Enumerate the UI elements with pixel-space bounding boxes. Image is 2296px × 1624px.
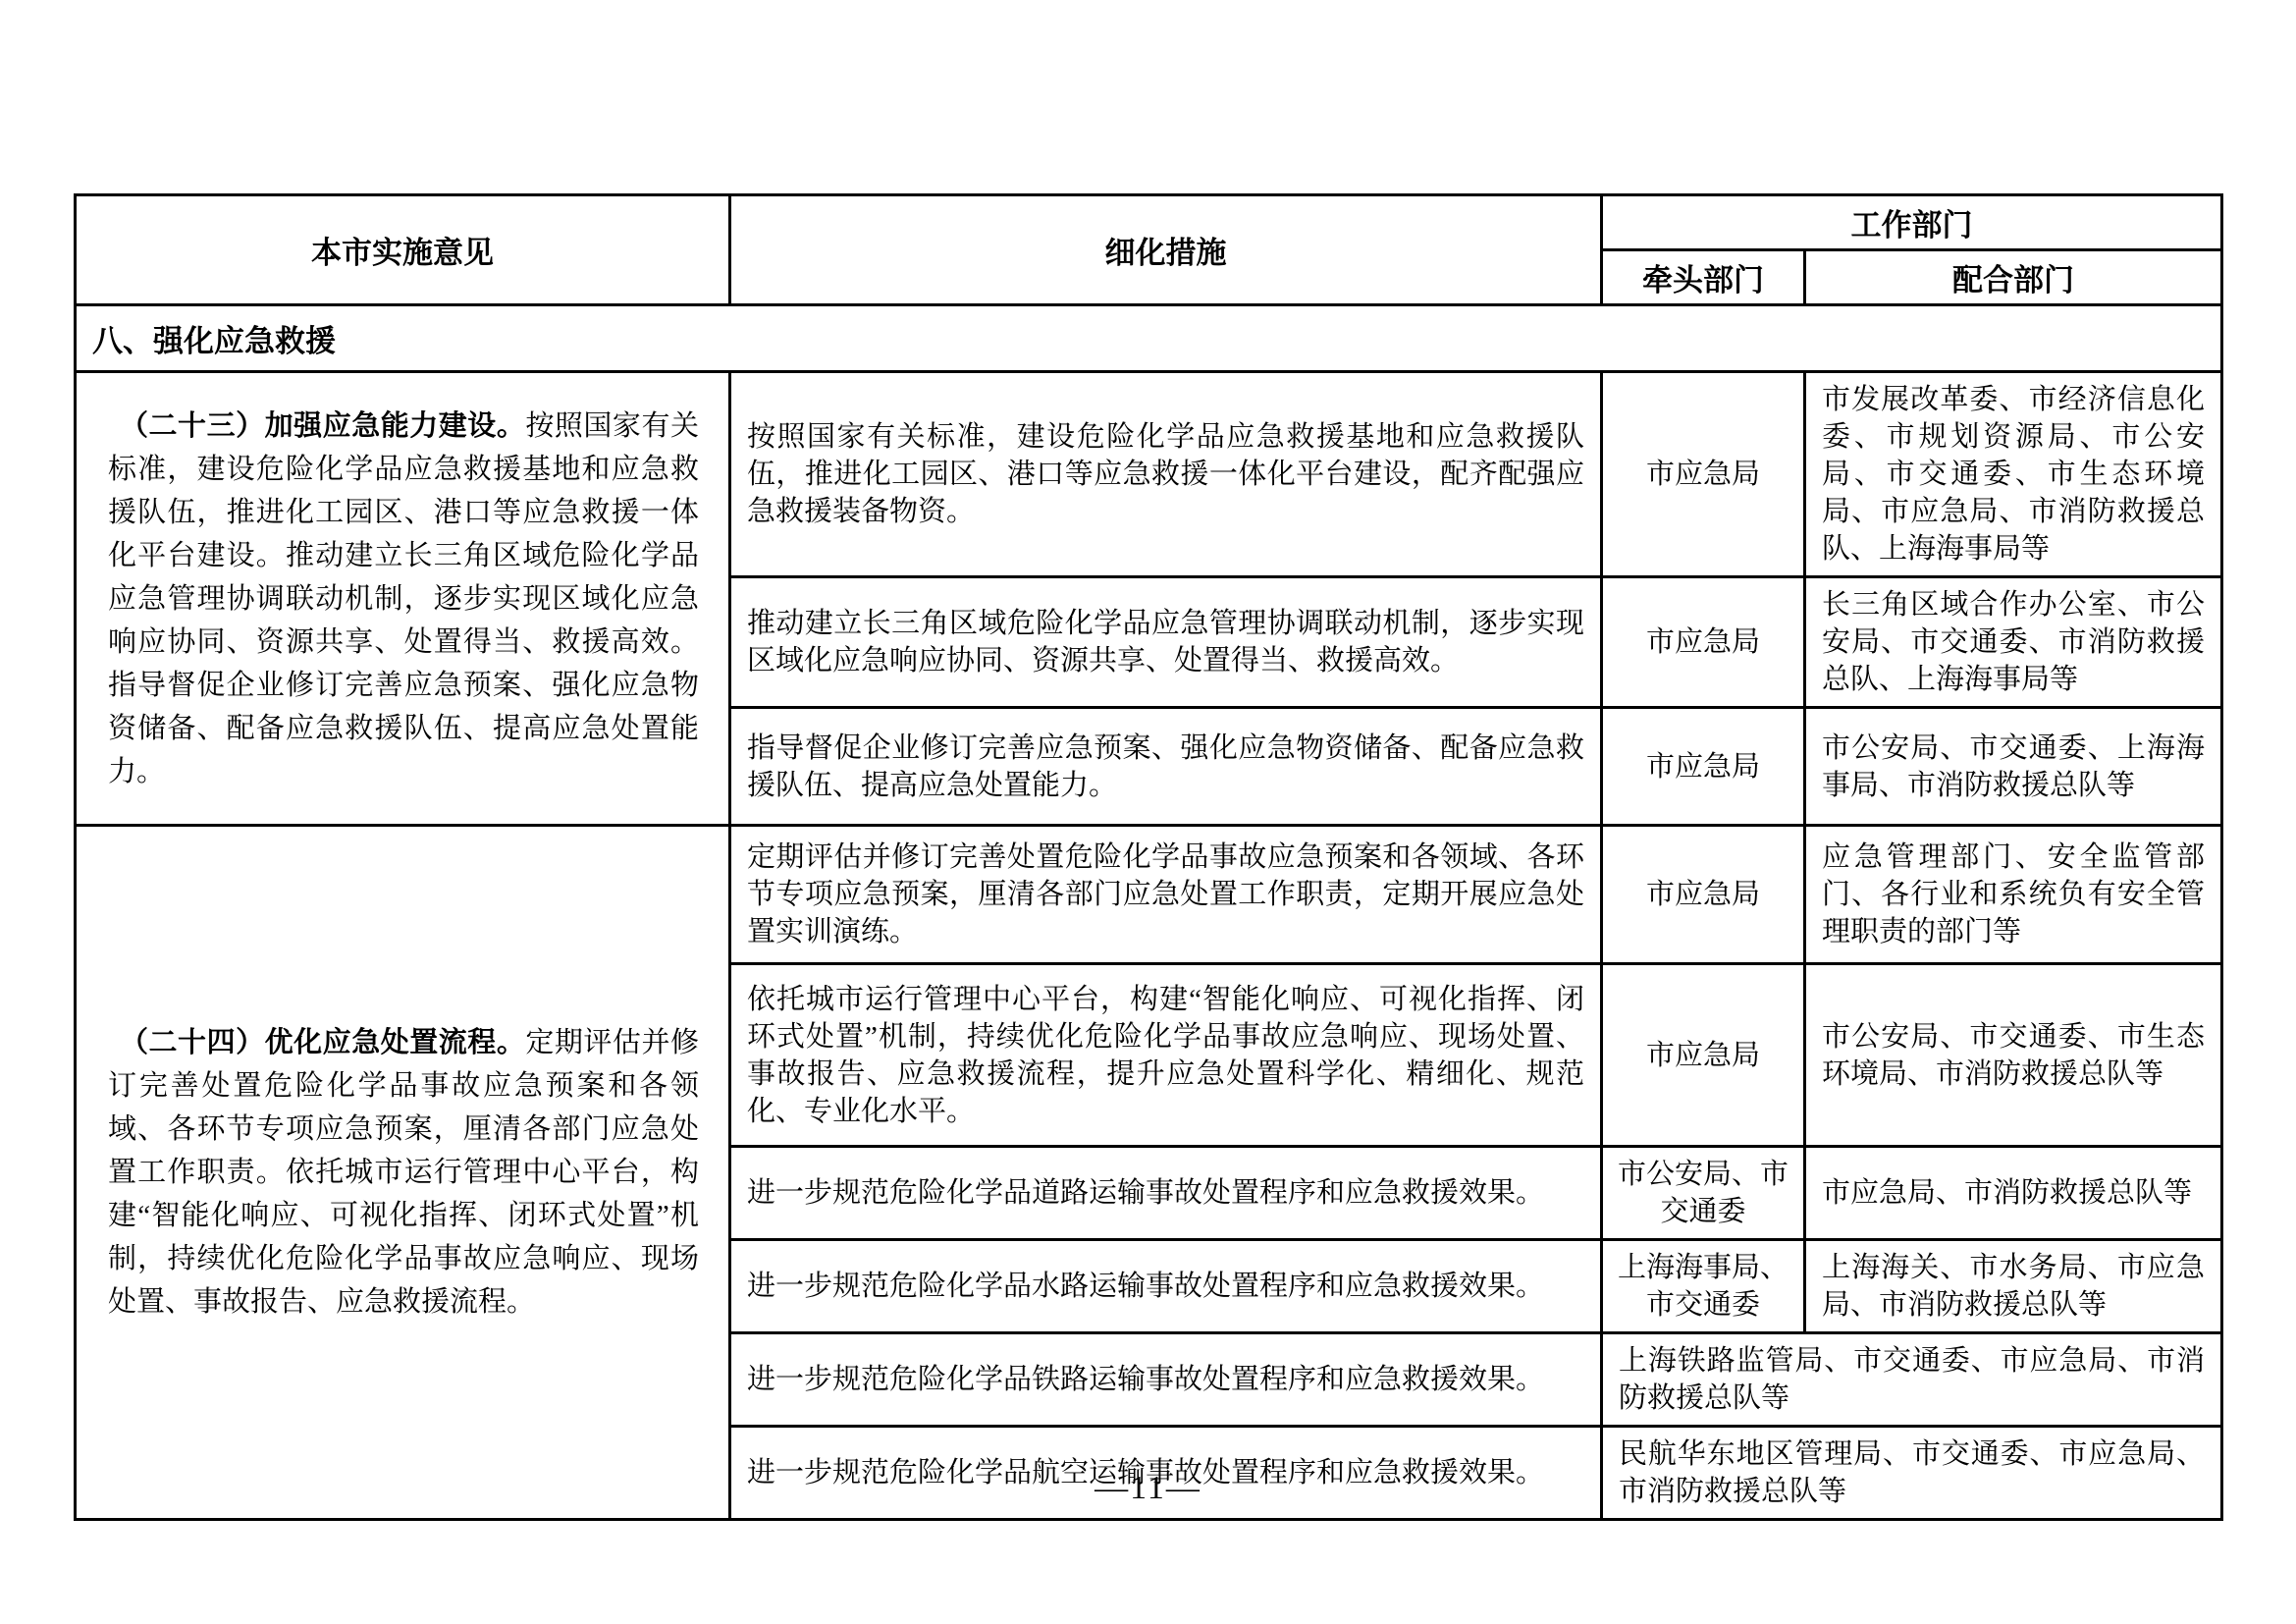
support-dept-cell: 市发展改革委、市经济信息化委、市规划资源局、市公安局、市交通委、市生态环境局、市… bbox=[1805, 372, 2222, 577]
support-dept-cell: 市公安局、市交通委、市生态环境局、市消防救援总队等 bbox=[1805, 964, 2222, 1147]
header-row-1: 本市实施意见 细化措施 工作部门 bbox=[76, 195, 2222, 250]
lead-dept-cell: 上海海事局、市交通委 bbox=[1602, 1240, 1805, 1333]
header-lead-dept: 牵头部门 bbox=[1602, 250, 1805, 305]
header-support-dept: 配合部门 bbox=[1805, 250, 2222, 305]
header-departments: 工作部门 bbox=[1602, 195, 2222, 250]
measure-cell: 按照国家有关标准，建设危险化学品应急救援基地和应急救援队伍，推进化工园区、港口等… bbox=[730, 372, 1602, 577]
lead-dept-cell: 市应急局 bbox=[1602, 964, 1805, 1147]
support-dept-cell: 应急管理部门、安全监管部门、各行业和系统负有安全管理职责的部门等 bbox=[1805, 826, 2222, 964]
opinion-text: 定期评估并修订完善处置危险化学品事故应急预案和各领域、各环节专项应急预案，厘清各… bbox=[108, 1027, 699, 1318]
document-page: 本市实施意见 细化措施 工作部门 牵头部门 配合部门 八、强化应急救援 （二十三… bbox=[0, 0, 2296, 1624]
support-dept-cell: 上海海关、市水务局、市应急局、市消防救援总队等 bbox=[1805, 1240, 2222, 1333]
opinion-text: 按照国家有关标准，建设危险化学品应急救援基地和应急救援队伍，推进化工园区、港口等… bbox=[108, 410, 699, 787]
merged-dept-cell: 上海铁路监管局、市交通委、市应急局、市消防救援总队等 bbox=[1602, 1333, 2222, 1427]
support-dept-cell: 长三角区域合作办公室、市公安局、市交通委、市消防救援总队、上海海事局等 bbox=[1805, 577, 2222, 708]
table-row: （二十四）优化应急处置流程。定期评估并修订完善处置危险化学品事故应急预案和各领域… bbox=[76, 826, 2222, 964]
measure-cell: 定期评估并修订完善处置危险化学品事故应急预案和各领域、各环节专项应急预案，厘清各… bbox=[730, 826, 1602, 964]
section-row: 八、强化应急救援 bbox=[76, 305, 2222, 372]
measure-cell: 指导督促企业修订完善应急预案、强化应急物资储备、配备应急救援队伍、提高应急处置能… bbox=[730, 708, 1602, 826]
support-dept-cell: 市公安局、市交通委、上海海事局、市消防救援总队等 bbox=[1805, 708, 2222, 826]
page-number: —11— bbox=[0, 1470, 2296, 1507]
header-measures: 细化措施 bbox=[730, 195, 1602, 305]
measure-cell: 进一步规范危险化学品道路运输事故处置程序和应急救援效果。 bbox=[730, 1147, 1602, 1240]
table-row: （二十三）加强应急能力建设。按照国家有关标准，建设危险化学品应急救援基地和应急救… bbox=[76, 372, 2222, 577]
opinion-cell-23: （二十三）加强应急能力建设。按照国家有关标准，建设危险化学品应急救援基地和应急救… bbox=[76, 372, 730, 826]
measure-cell: 进一步规范危险化学品铁路运输事故处置程序和应急救援效果。 bbox=[730, 1333, 1602, 1427]
section-title: 八、强化应急救援 bbox=[76, 305, 2222, 372]
measure-cell: 推动建立长三角区域危险化学品应急管理协调联动机制，逐步实现区域化应急响应协同、资… bbox=[730, 577, 1602, 708]
measure-cell: 依托城市运行管理中心平台，构建“智能化响应、可视化指挥、闭环式处置”机制，持续优… bbox=[730, 964, 1602, 1147]
opinion-cell-24: （二十四）优化应急处置流程。定期评估并修订完善处置危险化学品事故应急预案和各领域… bbox=[76, 826, 730, 1520]
lead-dept-cell: 市应急局 bbox=[1602, 826, 1805, 964]
measure-cell: 进一步规范危险化学品水路运输事故处置程序和应急救援效果。 bbox=[730, 1240, 1602, 1333]
lead-dept-cell: 市应急局 bbox=[1602, 708, 1805, 826]
support-dept-cell: 市应急局、市消防救援总队等 bbox=[1805, 1147, 2222, 1240]
lead-dept-cell: 市应急局 bbox=[1602, 372, 1805, 577]
implementation-measures-table: 本市实施意见 细化措施 工作部门 牵头部门 配合部门 八、强化应急救援 （二十三… bbox=[74, 193, 2223, 1521]
header-opinion: 本市实施意见 bbox=[76, 195, 730, 305]
lead-dept-cell: 市应急局 bbox=[1602, 577, 1805, 708]
opinion-title: （二十四）优化应急处置流程。 bbox=[120, 1027, 525, 1058]
opinion-title: （二十三）加强应急能力建设。 bbox=[120, 410, 525, 442]
lead-dept-cell: 市公安局、市交通委 bbox=[1602, 1147, 1805, 1240]
